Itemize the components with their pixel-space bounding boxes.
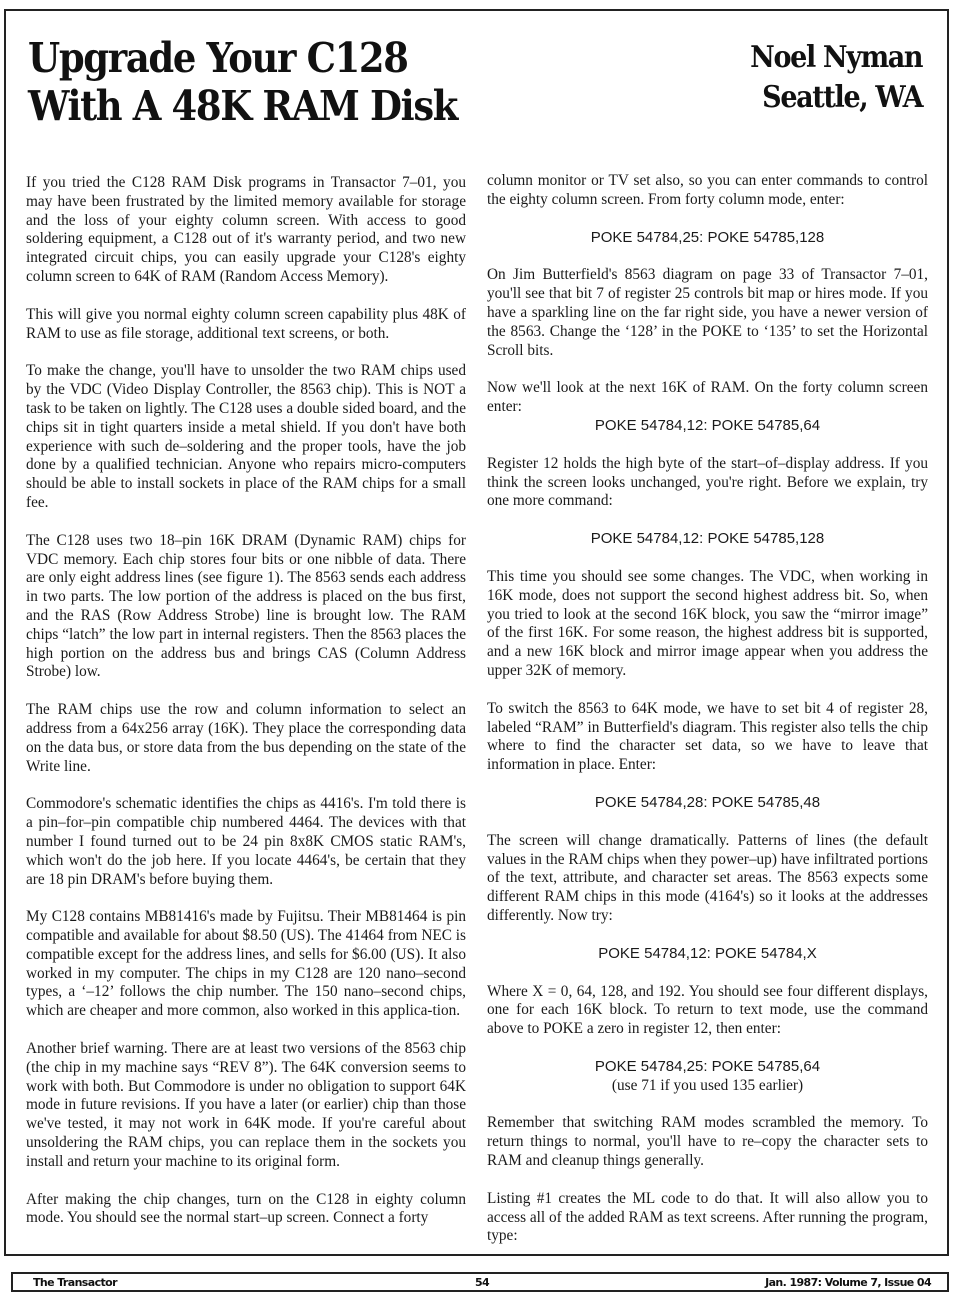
paragraph: Another brief warning. There are at leas… <box>26 1040 466 1172</box>
page-footer: The Transactor 54 Jan. 1987: Volume 7, I… <box>11 1272 949 1292</box>
paragraph: Listing #1 creates the ML code to do tha… <box>487 1190 928 1246</box>
code-line: POKE 54784,12: POKE 54785,64 <box>487 417 928 436</box>
paragraph: My C128 contains MB81416's made by Fujit… <box>26 908 466 1021</box>
paragraph: On Jim Butterfield's 8563 diagram on pag… <box>487 266 928 360</box>
author-location: Seattle, WA <box>750 78 922 118</box>
paragraph: column monitor or TV set also, so you ca… <box>487 172 928 210</box>
code-line: POKE 54784,25: POKE 54785,128 <box>487 229 928 248</box>
code-note: (use 71 if you used 135 earlier) <box>487 1077 928 1096</box>
right-column: column monitor or TV set also, so you ca… <box>487 172 928 1246</box>
paragraph: This will give you normal eighty column … <box>26 306 466 344</box>
paragraph: To switch the 8563 to 64K mode, we have … <box>487 700 928 775</box>
article-title: Upgrade Your C128 With A 48K RAM Disk <box>28 34 457 130</box>
paragraph: The C128 uses two 18–pin 16K DRAM (Dynam… <box>26 532 466 682</box>
code-line: POKE 54784,12: POKE 54784,X <box>487 945 928 964</box>
paragraph: Where X = 0, 64, 128, and 192. You shoul… <box>487 983 928 1039</box>
paragraph: Now we'll look at the next 16K of RAM. O… <box>487 379 928 417</box>
paragraph: If you tried the C128 RAM Disk programs … <box>26 174 466 287</box>
paragraph: The screen will change dramatically. Pat… <box>487 832 928 926</box>
paragraph: After making the chip changes, turn on t… <box>26 1191 466 1229</box>
paragraph: The RAM chips use the row and column inf… <box>26 701 466 776</box>
paragraph: To make the change, you'll have to unsol… <box>26 362 466 512</box>
code-line: POKE 54784,12: POKE 54785,128 <box>487 530 928 549</box>
paragraph: This time you should see some changes. T… <box>487 568 928 681</box>
paragraph: Remember that switching RAM modes scramb… <box>487 1114 928 1170</box>
page-number: 54 <box>475 1276 489 1289</box>
paragraph: Register 12 holds the high byte of the s… <box>487 455 928 511</box>
title-line-2: With A 48K RAM Disk <box>28 82 457 130</box>
left-column: If you tried the C128 RAM Disk programs … <box>26 174 466 1228</box>
paragraph: Commodore's schematic identifies the chi… <box>26 795 466 889</box>
author-byline: Noel Nyman Seattle, WA <box>750 38 922 118</box>
code-line: POKE 54784,25: POKE 54785,64 <box>487 1058 928 1077</box>
author-name: Noel Nyman <box>750 38 922 78</box>
code-line: POKE 54784,28: POKE 54785,48 <box>487 794 928 813</box>
issue-info: Jan. 1987: Volume 7, Issue 04 <box>765 1276 931 1289</box>
publication-name: The Transactor <box>33 1276 117 1289</box>
title-line-1: Upgrade Your C128 <box>28 34 457 82</box>
